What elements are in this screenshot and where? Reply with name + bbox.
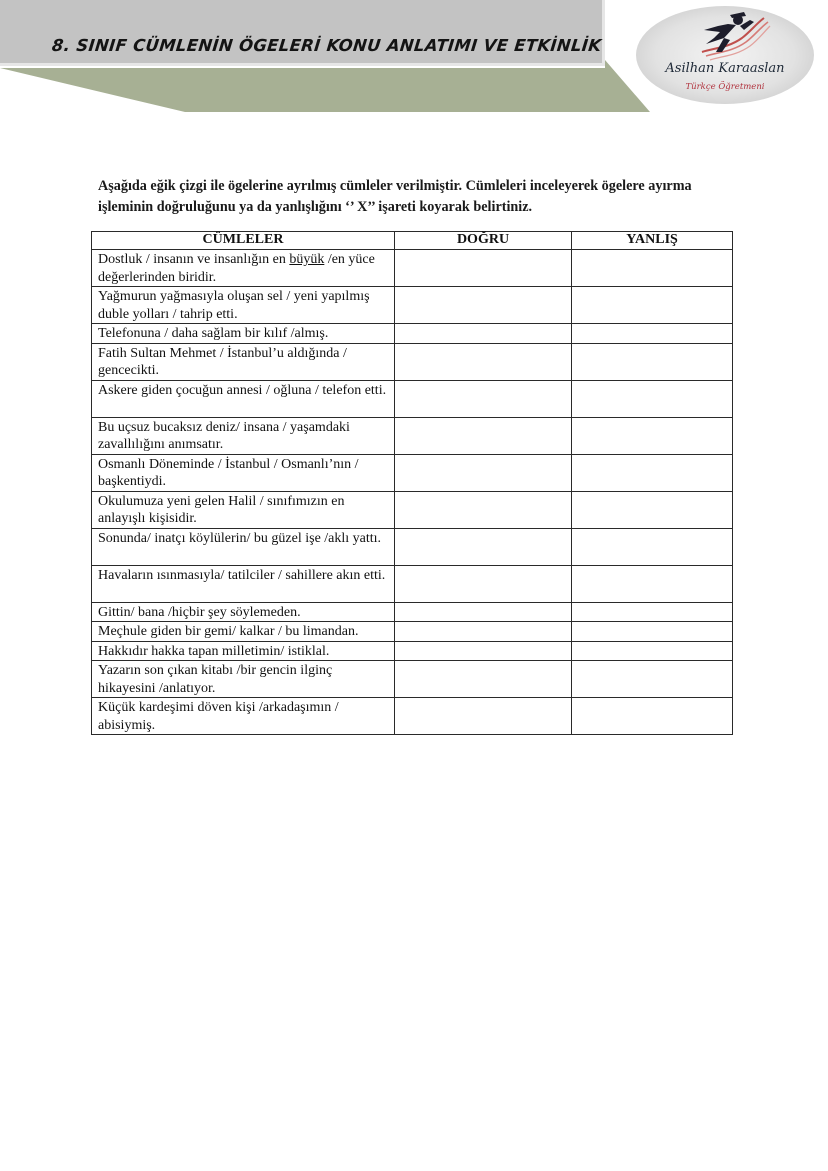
- wrong-answer-cell[interactable]: [572, 417, 733, 454]
- correct-answer-cell[interactable]: [395, 698, 572, 735]
- correct-answer-cell[interactable]: [395, 661, 572, 698]
- sentence-cell: Gittin/ bana /hiçbir şey söylemeden.: [92, 602, 395, 622]
- correct-answer-cell[interactable]: [395, 380, 572, 417]
- correct-answer-cell[interactable]: [395, 324, 572, 344]
- table-row: Askere giden çocuğun annesi / oğluna / t…: [92, 380, 733, 417]
- wrong-answer-cell[interactable]: [572, 528, 733, 565]
- sentence-text: Bu uçsuz bucaksız deniz/ insana / yaşamd…: [98, 420, 350, 453]
- sentence-cell: Hakkıdır hakka tapan milletimin/ istikla…: [92, 641, 395, 661]
- table-row: Telefonuna / daha sağlam bir kılıf /almı…: [92, 324, 733, 344]
- table-row: Okulumuza yeni gelen Halil / sınıfımızın…: [92, 491, 733, 528]
- correct-answer-cell[interactable]: [395, 454, 572, 491]
- column-header-wrong: YANLIŞ: [572, 232, 733, 250]
- sentence-cell: Bu uçsuz bucaksız deniz/ insana / yaşamd…: [92, 417, 395, 454]
- sentence-text: Sonunda/ inatçı köylülerin/ bu güzel işe…: [98, 531, 381, 546]
- correct-answer-cell[interactable]: [395, 491, 572, 528]
- correct-answer-cell[interactable]: [395, 287, 572, 324]
- table-row: Yağmurun yağmasıyla oluşan sel / yeni ya…: [92, 287, 733, 324]
- table-row: Meçhule giden bir gemi/ kalkar / bu lima…: [92, 622, 733, 642]
- table-row: Fatih Sultan Mehmet / İstanbul’u aldığın…: [92, 343, 733, 380]
- table-row: Dostluk / insanın ve insanlığın en büyük…: [92, 250, 733, 287]
- sentence-cell: Okulumuza yeni gelen Halil / sınıfımızın…: [92, 491, 395, 528]
- wrong-answer-cell[interactable]: [572, 250, 733, 287]
- correct-answer-cell[interactable]: [395, 250, 572, 287]
- column-header-sentences: CÜMLELER: [92, 232, 395, 250]
- graduate-runner-icon: [684, 8, 774, 63]
- sentence-text: Meçhule giden bir gemi/ kalkar / bu lima…: [98, 624, 358, 639]
- sentence-cell: Sonunda/ inatçı köylülerin/ bu güzel işe…: [92, 528, 395, 565]
- wrong-answer-cell[interactable]: [572, 622, 733, 642]
- wrong-answer-cell[interactable]: [572, 343, 733, 380]
- logo-subtitle: Türkçe Öğretmeni: [636, 82, 814, 92]
- sentence-text: Yazarın son çıkan kitabı /bir gencin ilg…: [98, 663, 332, 696]
- sentence-text: Telefonuna / daha sağlam bir kılıf /almı…: [98, 326, 328, 341]
- wrong-answer-cell[interactable]: [572, 565, 733, 602]
- sentence-text: Gittin/ bana /hiçbir şey söylemeden.: [98, 605, 301, 620]
- sentence-text: Dostluk / insanın ve insanlığın en: [98, 252, 289, 267]
- table-row: Gittin/ bana /hiçbir şey söylemeden.: [92, 602, 733, 622]
- sentence-cell: Küçük kardeşimi döven kişi /arkadaşımın …: [92, 698, 395, 735]
- correct-answer-cell[interactable]: [395, 528, 572, 565]
- wrong-answer-cell[interactable]: [572, 454, 733, 491]
- table-row: Küçük kardeşimi döven kişi /arkadaşımın …: [92, 698, 733, 735]
- wrong-answer-cell[interactable]: [572, 641, 733, 661]
- sentence-text: Hakkıdır hakka tapan milletimin/ istikla…: [98, 644, 329, 659]
- sentence-text: Askere giden çocuğun annesi / oğluna / t…: [98, 383, 386, 398]
- sentence-table: CÜMLELER DOĞRU YANLIŞ Dostluk / insanın …: [91, 231, 733, 735]
- author-logo: Asilhan Karaaslan Türkçe Öğretmeni: [636, 6, 814, 104]
- logo-name: Asilhan Karaaslan: [636, 61, 814, 76]
- sentence-cell: Telefonuna / daha sağlam bir kılıf /almı…: [92, 324, 395, 344]
- correct-answer-cell[interactable]: [395, 641, 572, 661]
- sentence-text: Fatih Sultan Mehmet / İstanbul’u aldığın…: [98, 346, 347, 379]
- wrong-answer-cell[interactable]: [572, 661, 733, 698]
- correct-answer-cell[interactable]: [395, 417, 572, 454]
- sentence-text: Yağmurun yağmasıyla oluşan sel / yeni ya…: [98, 289, 370, 322]
- sentence-cell: Havaların ısınmasıyla/ tatilciler / sahi…: [92, 565, 395, 602]
- correct-answer-cell[interactable]: [395, 565, 572, 602]
- correct-answer-cell[interactable]: [395, 602, 572, 622]
- sentence-text: Osmanlı Döneminde / İstanbul / Osmanlı’n…: [98, 457, 359, 490]
- table-header-row: CÜMLELER DOĞRU YANLIŞ: [92, 232, 733, 250]
- sentence-cell: Yazarın son çıkan kitabı /bir gencin ilg…: [92, 661, 395, 698]
- table-row: Havaların ısınmasıyla/ tatilciler / sahi…: [92, 565, 733, 602]
- wrong-answer-cell[interactable]: [572, 491, 733, 528]
- wrong-answer-cell[interactable]: [572, 380, 733, 417]
- wrong-answer-cell[interactable]: [572, 324, 733, 344]
- table-row: Sonunda/ inatçı köylülerin/ bu güzel işe…: [92, 528, 733, 565]
- sentence-cell: Yağmurun yağmasıyla oluşan sel / yeni ya…: [92, 287, 395, 324]
- table-row: Yazarın son çıkan kitabı /bir gencin ilg…: [92, 661, 733, 698]
- column-header-correct: DOĞRU: [395, 232, 572, 250]
- table-row: Bu uçsuz bucaksız deniz/ insana / yaşamd…: [92, 417, 733, 454]
- wrong-answer-cell[interactable]: [572, 698, 733, 735]
- sentence-text: Okulumuza yeni gelen Halil / sınıfımızın…: [98, 494, 345, 527]
- wrong-answer-cell[interactable]: [572, 602, 733, 622]
- underlined-word: büyük: [289, 252, 324, 267]
- table-row: Osmanlı Döneminde / İstanbul / Osmanlı’n…: [92, 454, 733, 491]
- page-title: 8. SINIF CÜMLENİN ÖGELERİ KONU ANLATIMI …: [51, 36, 602, 55]
- sentence-cell: Fatih Sultan Mehmet / İstanbul’u aldığın…: [92, 343, 395, 380]
- correct-answer-cell[interactable]: [395, 622, 572, 642]
- sentence-cell: Osmanlı Döneminde / İstanbul / Osmanlı’n…: [92, 454, 395, 491]
- sentence-text: Küçük kardeşimi döven kişi /arkadaşımın …: [98, 700, 339, 733]
- sentence-cell: Meçhule giden bir gemi/ kalkar / bu lima…: [92, 622, 395, 642]
- wrong-answer-cell[interactable]: [572, 287, 733, 324]
- sentence-cell: Dostluk / insanın ve insanlığın en büyük…: [92, 250, 395, 287]
- sentence-cell: Askere giden çocuğun annesi / oğluna / t…: [92, 380, 395, 417]
- table-row: Hakkıdır hakka tapan milletimin/ istikla…: [92, 641, 733, 661]
- correct-answer-cell[interactable]: [395, 343, 572, 380]
- sentence-text: Havaların ısınmasıyla/ tatilciler / sahi…: [98, 568, 385, 583]
- instructions-text: Aşağıda eğik çizgi ile ögelerine ayrılmı…: [98, 176, 738, 218]
